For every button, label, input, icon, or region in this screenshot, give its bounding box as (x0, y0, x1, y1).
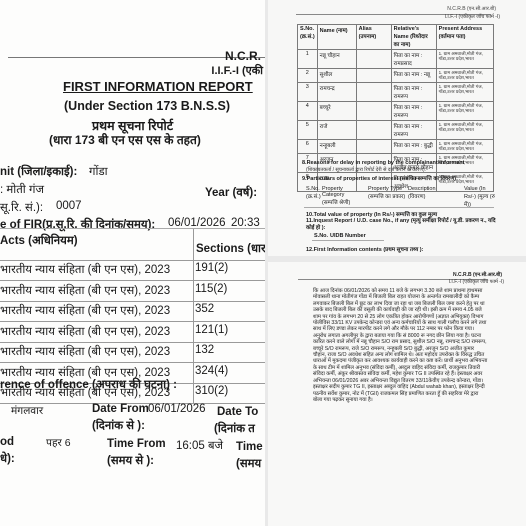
accused-row: 1नन्नू चौहानपिता का नाम : रामप्रसाद1. ग्… (298, 50, 494, 69)
prop-col-category: Property Category (सम्पत्ति श्रेणी) (322, 186, 358, 206)
accused-address: 1. ग्राम अमवाजी,मोती गंज, गोंडा,उत्तर प्… (436, 140, 493, 154)
date-from-hindi: (दिनांक से ): (92, 418, 145, 433)
accused-name: रामचन्द्र (317, 83, 356, 102)
time-to-label: Time (236, 441, 263, 453)
acts-table-row: भारतीय न्याय संहिता (बी एन एस), 2023191(… (0, 259, 265, 281)
item-12-label: 12.First Information contents (प्रथम सूच… (306, 245, 423, 253)
accused-sno: 5 (298, 121, 318, 140)
column-divider (193, 300, 194, 321)
prop-col-description: Description (विवरण) (408, 186, 438, 200)
accused-relative: पिता का नाम : रामरूप (391, 121, 436, 140)
prop-col-type: Property Type (सम्पत्ति का प्रकार) (368, 186, 408, 200)
accused-table-header: S.No. (क्र.सं.) Name (नाम) Alias (उपनाम)… (298, 25, 494, 50)
sections-header: Sections (धार (196, 241, 265, 256)
iif-label: I.I.F.-I (एकी (211, 63, 263, 78)
fir-page-1: N.C.R. I.I.F.-I (एकी FIRST INFORMATION R… (0, 0, 265, 526)
occurrence-label: rence of offence (अपराध की घटना) : (0, 377, 177, 392)
accused-row: 3रामचन्द्रपिता का नाम : रामरूप1. ग्राम अ… (298, 83, 494, 102)
act-name: भारतीय न्याय संहिता (बी एन एस), 2023 (0, 262, 170, 277)
accused-relative: पिता का नाम : नन्नू (391, 69, 436, 83)
document-title: FIRST INFORMATION REPORT (63, 79, 253, 94)
day-value: मंगलवार (11, 404, 43, 418)
accused-sno: 1 (298, 50, 318, 69)
accused-alias (356, 102, 391, 121)
accused-sno: 3 (298, 83, 318, 102)
section-number: 115(2) (195, 283, 227, 295)
accused-relative: पिता का नाम : रामरूप (391, 102, 436, 121)
accused-alias (356, 50, 391, 69)
hindi-section: (धारा 173 बी एन एस एस के तहत) (49, 131, 201, 148)
time-from-value: 16:05 बजे (176, 438, 223, 453)
date-from-value: 06/01/2026 (148, 403, 206, 415)
section-number: 132 (195, 344, 214, 356)
under-section: (Under Section 173 B.N.S.S) (64, 99, 230, 113)
iif-header: I.I.F.-I (एकीकृत जाँच फार्म -I) (449, 279, 504, 285)
district-value: गोंडा (89, 164, 108, 179)
column-divider (193, 362, 194, 383)
accused-name: राजे (317, 121, 356, 140)
item-8-label: 8.Reasons for delay in reporting by the … (302, 160, 465, 166)
accused-alias (356, 83, 391, 102)
ud-col-sno: S.No. (314, 233, 328, 239)
accused-relative: पिता का नाम : रामरूप (391, 83, 436, 102)
police-station-value: : मोती गंज (0, 182, 44, 197)
first-information-contents: कि आज दिनांक 06/01/2026 को समय 11 बजे के… (313, 288, 488, 403)
date-from-label: Date From (92, 403, 149, 415)
period-label: od (0, 436, 14, 448)
accused-row: 6नन्हूबलीपिता का नाम : बुद्धी1. ग्राम अम… (298, 140, 494, 154)
year-label: Year (वर्ष): (205, 185, 257, 200)
ncr-label: N.C.R. (225, 49, 261, 63)
act-name: भारतीय न्याय संहिता (बी एन एस), 2023 (0, 344, 170, 359)
accused-alias (356, 69, 391, 83)
ud-rule (312, 240, 384, 241)
period-value: पहर 6 (46, 436, 71, 450)
accused-row: 5राजेपिता का नाम : रामरूप1. ग्राम अमवाजी… (298, 121, 494, 140)
accused-address: 1. ग्राम अमवाजी,मोती गंज, गोंडा,उत्तर प्… (436, 121, 493, 140)
column-divider (193, 280, 194, 301)
act-name: भारतीय न्याय संहिता (बी एन एस), 2023 (0, 324, 170, 339)
column-divider (193, 382, 194, 403)
item-8-hindi: (शिकायतकर्ता / सूचनाकर्ता द्वारा रिपोर्ट… (306, 167, 426, 173)
accused-row: 4बच्चूरेपिता का नाम : रामरूप1. ग्राम अमव… (298, 102, 494, 121)
item-10-label: 10.Total value of property (In Rs/-) सम्… (306, 210, 437, 218)
column-divider (193, 259, 194, 280)
accused-relative: पिता का नाम : बुद्धी (391, 140, 436, 154)
section-number: 191(2) (195, 262, 228, 274)
accused-sno: 4 (298, 102, 318, 121)
section-number: 121(1) (195, 324, 228, 336)
accused-address: 1. ग्राम अमवाजी,मोती गंज, गोंडा,उत्तर प्… (436, 102, 493, 121)
ncrb-header: N.C.R.B (एन.सी.आर.बी) (453, 272, 502, 278)
time-to-hindi: (समय (236, 456, 261, 471)
ncrb-header: N.C.R.B (एन.सी.आर.बी) (447, 6, 496, 12)
col-name: Name (नाम) (317, 25, 356, 50)
district-label: nit (जिला/इकाई): (0, 164, 77, 179)
acts-table-row: भारतीय न्याय संहिता (बी एन एस), 2023132 (0, 341, 265, 363)
col-sno: S.No. (क्र.सं.) (298, 25, 318, 50)
accused-alias (356, 140, 391, 154)
accused-alias (356, 121, 391, 140)
col-alias: Alias (उपनाम) (356, 25, 391, 50)
acts-header: Acts (अधिनियम) (0, 233, 78, 248)
accused-address: 1. ग्राम अमवाजी,मोती गंज, गोंडा,उत्तर प्… (436, 69, 493, 83)
section-number: 310(2) (195, 385, 228, 397)
col-relative: Relative's Name (रिश्तेदार का नाम) (391, 25, 436, 50)
item-11-label: 11.Inquest Report / U.D. case No., if an… (306, 218, 496, 231)
accused-name: नन्नू चौहान (317, 50, 356, 69)
accused-name: सुशील (317, 69, 356, 83)
fir-page-3: सखवा सहरिया.....सेवा में माननाय थानाध्यक… (268, 262, 526, 526)
acts-table-header: Acts (अधिनियम) Sections (धार (0, 228, 265, 261)
date-to-label: Date To (217, 406, 258, 418)
time-from-hindi: (समय से ): (107, 453, 154, 468)
column-divider (193, 321, 194, 342)
item-9-label: 9.Particulars of properties of interest … (302, 174, 458, 182)
iif-header: I.I.F.-I (एकीकृत जाँच फार्म -I) (445, 14, 500, 20)
accused-name: बच्चूरे (317, 102, 356, 121)
section-number: 324(4) (195, 365, 228, 377)
accused-sno: 6 (298, 140, 318, 154)
fir-no-value: 0007 (56, 200, 82, 212)
accused-address: 1. ग्राम अमवाजी,मोती गंज, गोंडा,उत्तर प्… (436, 50, 493, 69)
period-hindi: धे): (0, 451, 15, 466)
accused-row: 2सुशीलपिता का नाम : नन्नू1. ग्राम अमवाजी… (298, 69, 494, 83)
fir-no-label: सू.रि. सं.): (0, 200, 43, 215)
acts-table-row: भारतीय न्याय संहिता (बी एन एस), 2023352 (0, 300, 265, 322)
prop-col-value: Value (In Rs/-) (मूल्य (रु में)) (464, 186, 496, 208)
column-divider (193, 341, 194, 362)
act-name: भारतीय न्याय संहिता (बी एन एस), 2023 (0, 283, 170, 298)
accused-name: नन्हूबली (317, 140, 356, 154)
accused-relative: पिता का नाम : रामप्रसाद (391, 50, 436, 69)
column-divider (193, 229, 194, 260)
section-number: 352 (195, 303, 214, 315)
date-to-hindi: (दिनांक त (214, 421, 255, 436)
col-address: Present Address (वर्तमान पता) (436, 25, 493, 50)
prop-rule (304, 207, 494, 208)
fir-page-2: N.C.R.B (एन.सी.आर.बी) I.I.F.-I (एकीकृत ज… (268, 0, 526, 256)
accused-sno: 2 (298, 69, 318, 83)
acts-table-row: भारतीय न्याय संहिता (बी एन एस), 2023121(… (0, 321, 265, 343)
act-name: भारतीय न्याय संहिता (बी एन एस), 2023 (0, 303, 170, 318)
ud-col-number: UIDB Number (330, 233, 366, 239)
accused-address: 1. ग्राम अमवाजी,मोती गंज, गोंडा,उत्तर प्… (436, 83, 493, 102)
time-from-label: Time From (107, 438, 166, 450)
acts-table-row: भारतीय न्याय संहिता (बी एन एस), 2023115(… (0, 280, 265, 302)
